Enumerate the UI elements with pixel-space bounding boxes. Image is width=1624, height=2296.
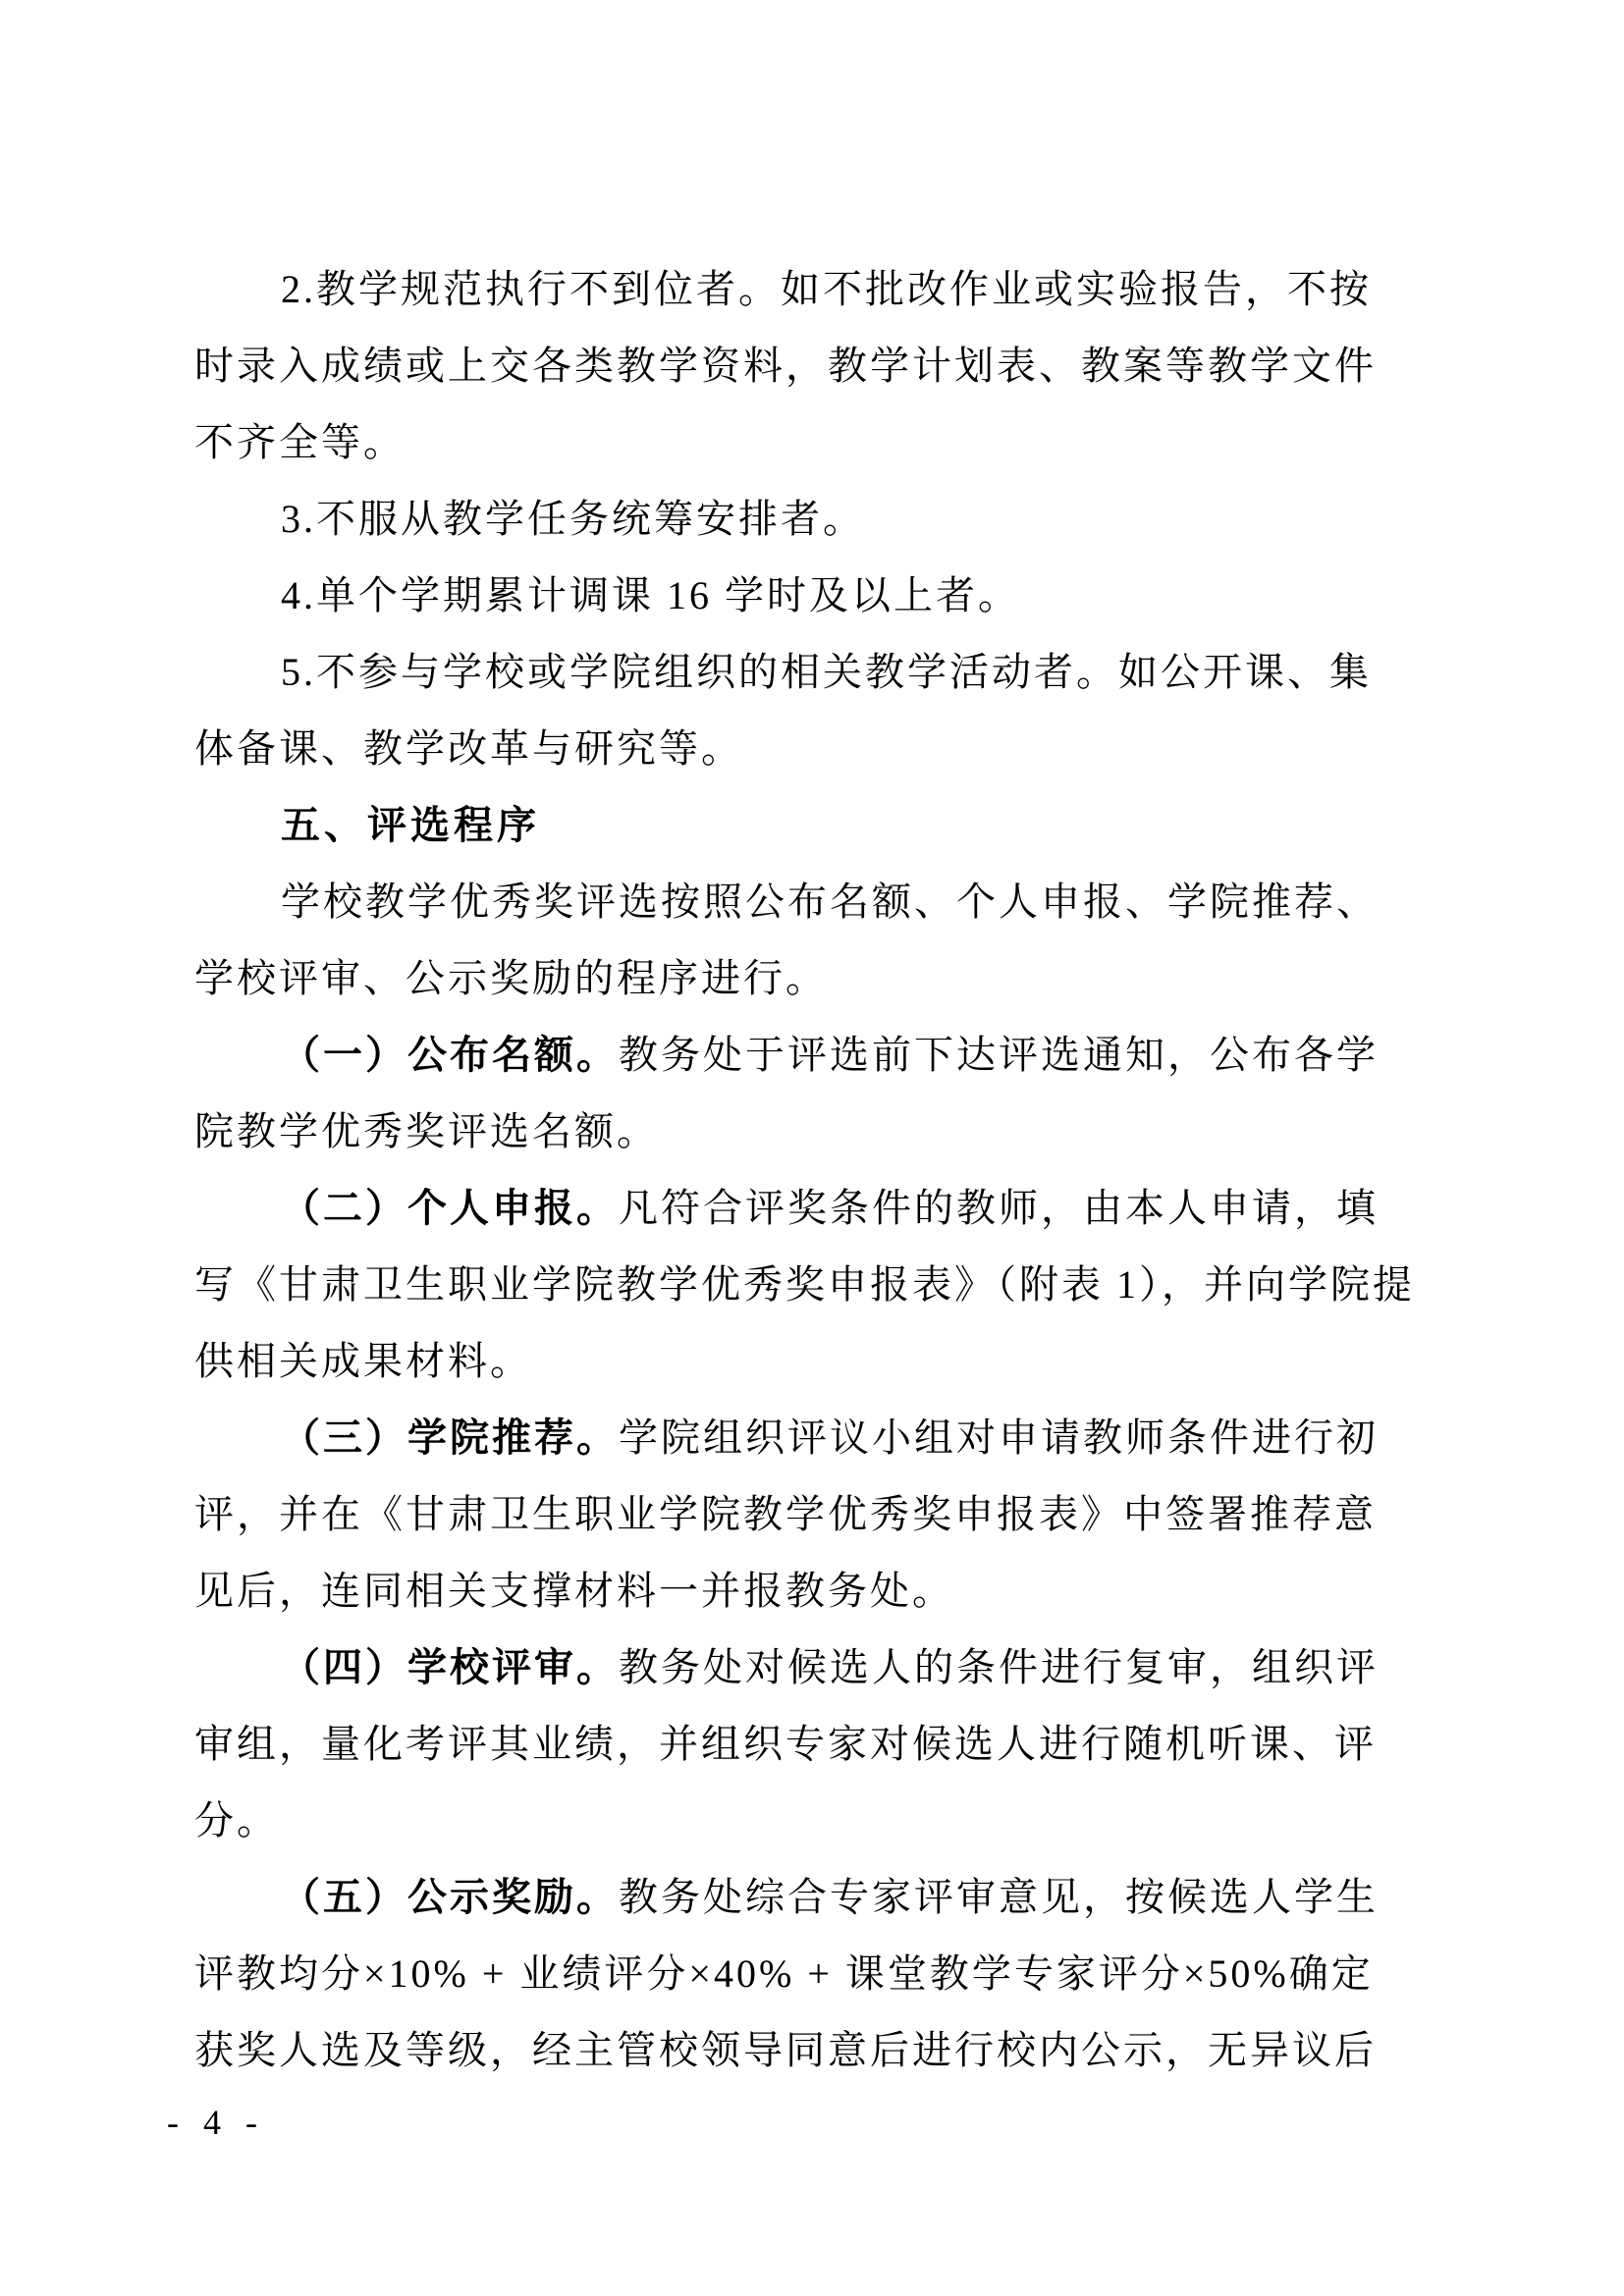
paragraph-lead: （四）学校评审。 xyxy=(281,1645,619,1689)
document-line: （三）学院推荐。学院组织评议小组对申请教师条件进行初 xyxy=(194,1400,1434,1476)
document-line: （一）公布名额。教务处于评选前下达评选通知，公布各学 xyxy=(194,1017,1434,1094)
line-text: 审组，量化考评其业绩，并组织专家对候选人进行随机听课、评 xyxy=(194,1722,1377,1766)
document-line: 获奖人选及等级，经主管校领导同意后进行校内公示，无异议后 xyxy=(194,2012,1434,2089)
document-line: 供相关成果材料。 xyxy=(194,1323,1434,1400)
section-heading-line: 五、评选程序 xyxy=(194,787,1434,864)
paragraph-lead: （五）公示奖励。 xyxy=(281,1875,619,1919)
line-text: 学院组织评议小组对申请教师条件进行初 xyxy=(619,1415,1379,1460)
document-line: 评，并在《甘肃卫生职业学院教学优秀奖申报表》中签署推荐意 xyxy=(194,1476,1434,1553)
paragraph-lead: （一）公布名额。 xyxy=(281,1033,619,1077)
line-text: 分。 xyxy=(194,1798,279,1842)
document-line: 体备课、教学改革与研究等。 xyxy=(194,711,1434,787)
document-body: 2.教学规范执行不到位者。如不批改作业或实验报告，不按 时录入成绩或上交各类教学… xyxy=(194,251,1434,2089)
line-text: 获奖人选及等级，经主管校领导同意后进行校内公示，无异议后 xyxy=(194,2028,1377,2072)
line-text: 教务处于评选前下达评选通知，公布各学 xyxy=(619,1033,1379,1077)
document-line: 5.不参与学校或学院组织的相关教学活动者。如公开课、集 xyxy=(194,634,1434,711)
paragraph-lead: （三）学院推荐。 xyxy=(281,1415,619,1460)
section-heading: 五、评选程序 xyxy=(281,804,540,847)
document-line: 写《甘肃卫生职业学院教学优秀奖申报表》（附表 1），并向学院提 xyxy=(194,1247,1434,1323)
line-text: 教务处综合专家评审意见，按候选人学生 xyxy=(619,1875,1379,1919)
line-text: 学校评审、公示奖励的程序进行。 xyxy=(194,956,828,1000)
line-text: 体备课、教学改革与研究等。 xyxy=(194,726,743,771)
line-text: 评教均分×10% + 业绩评分×40% + 课堂教学专家评分×50%确定 xyxy=(194,1951,1374,1996)
document-line: 3.不服从教学任务统筹安排者。 xyxy=(194,481,1434,558)
document-page: { "colors": { "text": "#000000", "backgr… xyxy=(0,0,1624,2296)
line-text: 供相关成果材料。 xyxy=(194,1339,532,1383)
line-text: 凡符合评奖条件的教师，由本人申请，填 xyxy=(619,1186,1379,1230)
document-line: 学校教学优秀奖评选按照公布名额、个人申报、学院推荐、 xyxy=(194,864,1434,940)
document-line: 4.单个学期累计调课 16 学时及以上者。 xyxy=(194,558,1434,634)
document-line: 不齐全等。 xyxy=(194,404,1434,481)
document-line: 审组，量化考评其业绩，并组织专家对候选人进行随机听课、评 xyxy=(194,1706,1434,1783)
document-line: 学校评审、公示奖励的程序进行。 xyxy=(194,940,1434,1017)
line-text: 学校教学优秀奖评选按照公布名额、个人申报、学院推荐、 xyxy=(281,880,1379,924)
document-line: （四）学校评审。教务处对候选人的条件进行复审，组织评 xyxy=(194,1629,1434,1706)
line-text: 院教学优秀奖评选名额。 xyxy=(194,1109,659,1153)
paragraph-lead: （二）个人申报。 xyxy=(281,1186,619,1230)
document-line: （二）个人申报。凡符合评奖条件的教师，由本人申请，填 xyxy=(194,1170,1434,1247)
line-text: 2.教学规范执行不到位者。如不批改作业或实验报告，不按 xyxy=(281,267,1372,311)
document-line: 见后，连同相关支撑材料一并报教务处。 xyxy=(194,1553,1434,1629)
document-line: 分。 xyxy=(194,1783,1434,1859)
line-text: 见后，连同相关支撑材料一并报教务处。 xyxy=(194,1569,954,1613)
page-number: - 4 - xyxy=(167,2097,265,2148)
line-text: 5.不参与学校或学院组织的相关教学活动者。如公开课、集 xyxy=(281,650,1372,694)
line-text: 评，并在《甘肃卫生职业学院教学优秀奖申报表》中签署推荐意 xyxy=(194,1492,1377,1536)
document-line: 2.教学规范执行不到位者。如不批改作业或实验报告，不按 xyxy=(194,251,1434,328)
line-text: 写《甘肃卫生职业学院教学优秀奖申报表》（附表 1），并向学院提 xyxy=(194,1262,1415,1307)
document-line: 评教均分×10% + 业绩评分×40% + 课堂教学专家评分×50%确定 xyxy=(194,1936,1434,2012)
line-text: 不齐全等。 xyxy=(194,420,406,464)
line-text: 教务处对候选人的条件进行复审，组织评 xyxy=(619,1645,1379,1689)
document-line: （五）公示奖励。教务处综合专家评审意见，按候选人学生 xyxy=(194,1859,1434,1936)
line-text: 3.不服从教学任务统筹安排者。 xyxy=(281,497,865,541)
document-line: 时录入成绩或上交各类教学资料，教学计划表、教案等教学文件 xyxy=(194,328,1434,404)
line-text: 时录入成绩或上交各类教学资料，教学计划表、教案等教学文件 xyxy=(194,344,1377,388)
document-line: 院教学优秀奖评选名额。 xyxy=(194,1094,1434,1170)
line-text: 4.单个学期累计调课 16 学时及以上者。 xyxy=(281,573,1020,617)
